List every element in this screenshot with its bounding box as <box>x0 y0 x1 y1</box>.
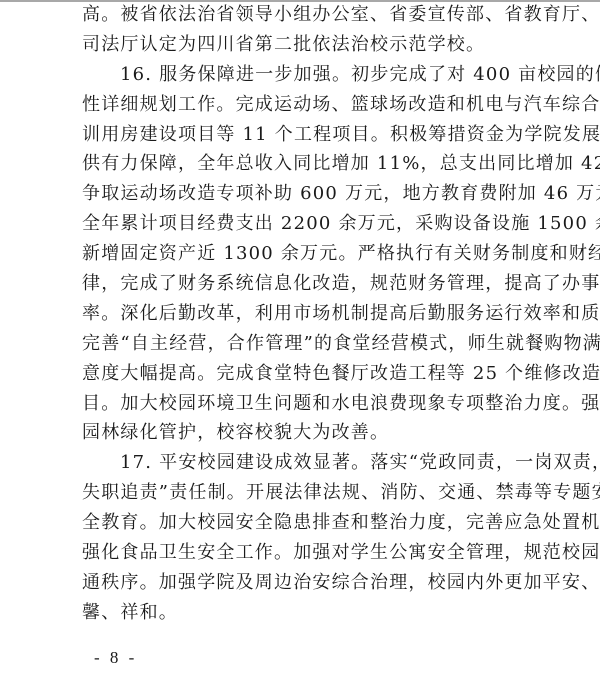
text-line: 全年累计项目经费支出 2200 余万元，采购设备设施 1500 余万元， <box>82 209 534 239</box>
text-line: 意度大幅提高。完成食堂特色餐厅改造工程等 25 个维修改造项 <box>82 359 534 389</box>
item-16-heading-line: 16. 服务保障进一步加强。初步完成了对 400 亩校园的修建 <box>82 60 534 90</box>
text-line: 高。被省依法治省领导小组办公室、省委宣传部、省教育厅、省 <box>82 0 534 30</box>
text-line: 完善“自主经营，合作管理”的食堂经营模式，师生就餐购物满 <box>82 329 534 359</box>
paragraph-item-16: 16. 服务保障进一步加强。初步完成了对 400 亩校园的修建 性详细规划工作。… <box>82 60 534 449</box>
text-line: 训用房建设项目等 11 个工程项目。积极筹措资金为学院发展提 <box>82 120 534 150</box>
paragraph-item-17: 17. 平安校园建设成效显著。落实“党政同责，一岗双责， 失职追责”责任制。开展… <box>82 448 534 627</box>
text-line: 强化食品卫生安全工作。加强对学生公寓安全管理，规范校园交 <box>82 538 534 568</box>
text-line: 通秩序。加强学院及周边治安综合治理，校园内外更加平安、温 <box>82 568 534 598</box>
text-line: 馨、祥和。 <box>82 598 534 628</box>
text-line: 争取运动场改造专项补助 600 万元，地方教育费附加 46 万元， <box>82 179 534 209</box>
text-line: 目。加大校园环境卫生问题和水电浪费现象专项整治力度。强化 <box>82 389 534 419</box>
item-17-heading-line: 17. 平安校园建设成效显著。落实“党政同责，一岗双责， <box>82 448 534 478</box>
text-line: 园林绿化管护，校容校貌大为改善。 <box>82 418 534 448</box>
text-line: 性详细规划工作。完成运动场、篮球场改造和机电与汽车综合实 <box>82 90 534 120</box>
text-line: 全教育。加大校园安全隐患排查和整治力度，完善应急处置机制。 <box>82 508 534 538</box>
text-line: 律，完成了财务系统信息化改造，规范财务管理，提高了办事效 <box>82 269 534 299</box>
page-number: - 8 - <box>94 648 137 668</box>
paragraph-continuation: 高。被省依法治省领导小组办公室、省委宣传部、省教育厅、省 司法厅认定为四川省第二… <box>82 0 534 60</box>
text-line: 率。深化后勤改革，利用市场机制提高后勤服务运行效率和质量。 <box>82 299 534 329</box>
document-page: 高。被省依法治省领导小组办公室、省委宣传部、省教育厅、省 司法厅认定为四川省第二… <box>82 0 534 628</box>
text-line: 司法厅认定为四川省第二批依法治校示范学校。 <box>82 30 534 60</box>
text-line: 供有力保障，全年总收入同比增加 11%，总支出同比增加 42%。 <box>82 149 534 179</box>
text-line: 失职追责”责任制。开展法律法规、消防、交通、禁毒等专题安 <box>82 478 534 508</box>
text-line: 新增固定资产近 1300 余万元。严格执行有关财务制度和财经纪 <box>82 239 534 269</box>
